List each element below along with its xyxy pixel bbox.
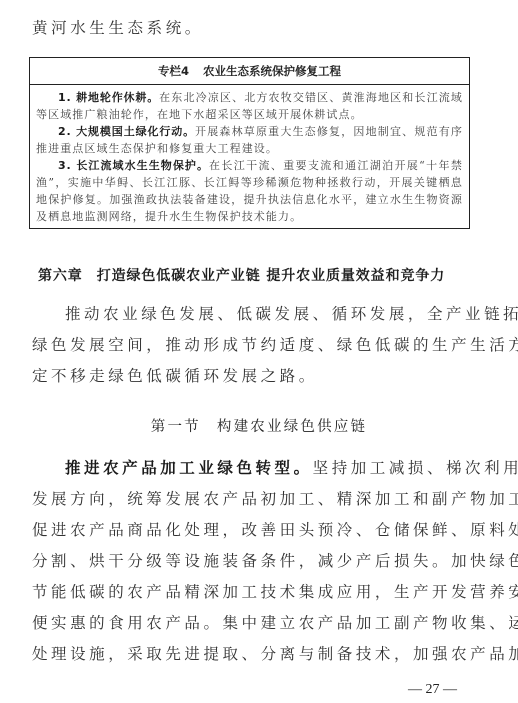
chapter-intro-paragraph: 推动农业绿色发展、低碳发展、循环发展，全产业链拓展农业 绿色发展空间，推动形成节…: [32, 299, 482, 392]
feature-box-title: 农业生态系统保护修复工程: [203, 64, 341, 78]
chapter-heading: 第六章打造绿色低碳农业产业链 提升农业质量效益和竞争力: [38, 265, 445, 285]
feature-box-body: 1. 耕地轮作休耕。在东北冷凉区、北方农牧交错区、黄淮海地区和长江流域等区域推广…: [30, 85, 469, 225]
section-heading: 第一节构建农业绿色供应链: [0, 415, 518, 436]
feature-item-1: 1. 耕地轮作休耕。在东北冷凉区、北方农牧交错区、黄淮海地区和长江流域等区域推广…: [36, 89, 463, 123]
section-paragraph: 推进农产品加工业绿色转型。坚持加工减损、梯次利用、循环 发展方向，统筹发展农产品…: [32, 453, 482, 670]
page-number: — 27 —: [408, 682, 457, 698]
feature-item-heading: 3. 长江流域水生生物保护。: [58, 159, 209, 172]
section-number: 第一节: [151, 419, 201, 435]
chapter-title: 打造绿色低碳农业产业链 提升农业质量效益和竞争力: [97, 268, 445, 284]
paragraph-heading: 推进农产品加工业绿色转型。: [65, 459, 313, 477]
lead-text: 黄河水生生态系统。: [32, 16, 204, 38]
feature-item-heading: 1. 耕地轮作休耕。: [58, 91, 159, 104]
chapter-number: 第六章: [38, 268, 83, 284]
feature-box-header: 专栏4农业生态系统保护修复工程: [30, 58, 469, 85]
feature-item-3: 3. 长江流域水生生物保护。在长江干流、重要支流和通江湖泊开展“十年禁渔”，实施…: [36, 157, 463, 225]
feature-box-label: 专栏4: [158, 64, 189, 78]
feature-item-heading: 2. 大规模国土绿化行动。: [58, 125, 195, 138]
section-title: 构建农业绿色供应链: [217, 419, 367, 435]
feature-item-2: 2. 大规模国土绿化行动。开展森林草原重大生态修复，因地制宜、规范有序推进重点区…: [36, 123, 463, 157]
feature-box: 专栏4农业生态系统保护修复工程 1. 耕地轮作休耕。在东北冷凉区、北方农牧交错区…: [29, 57, 470, 229]
